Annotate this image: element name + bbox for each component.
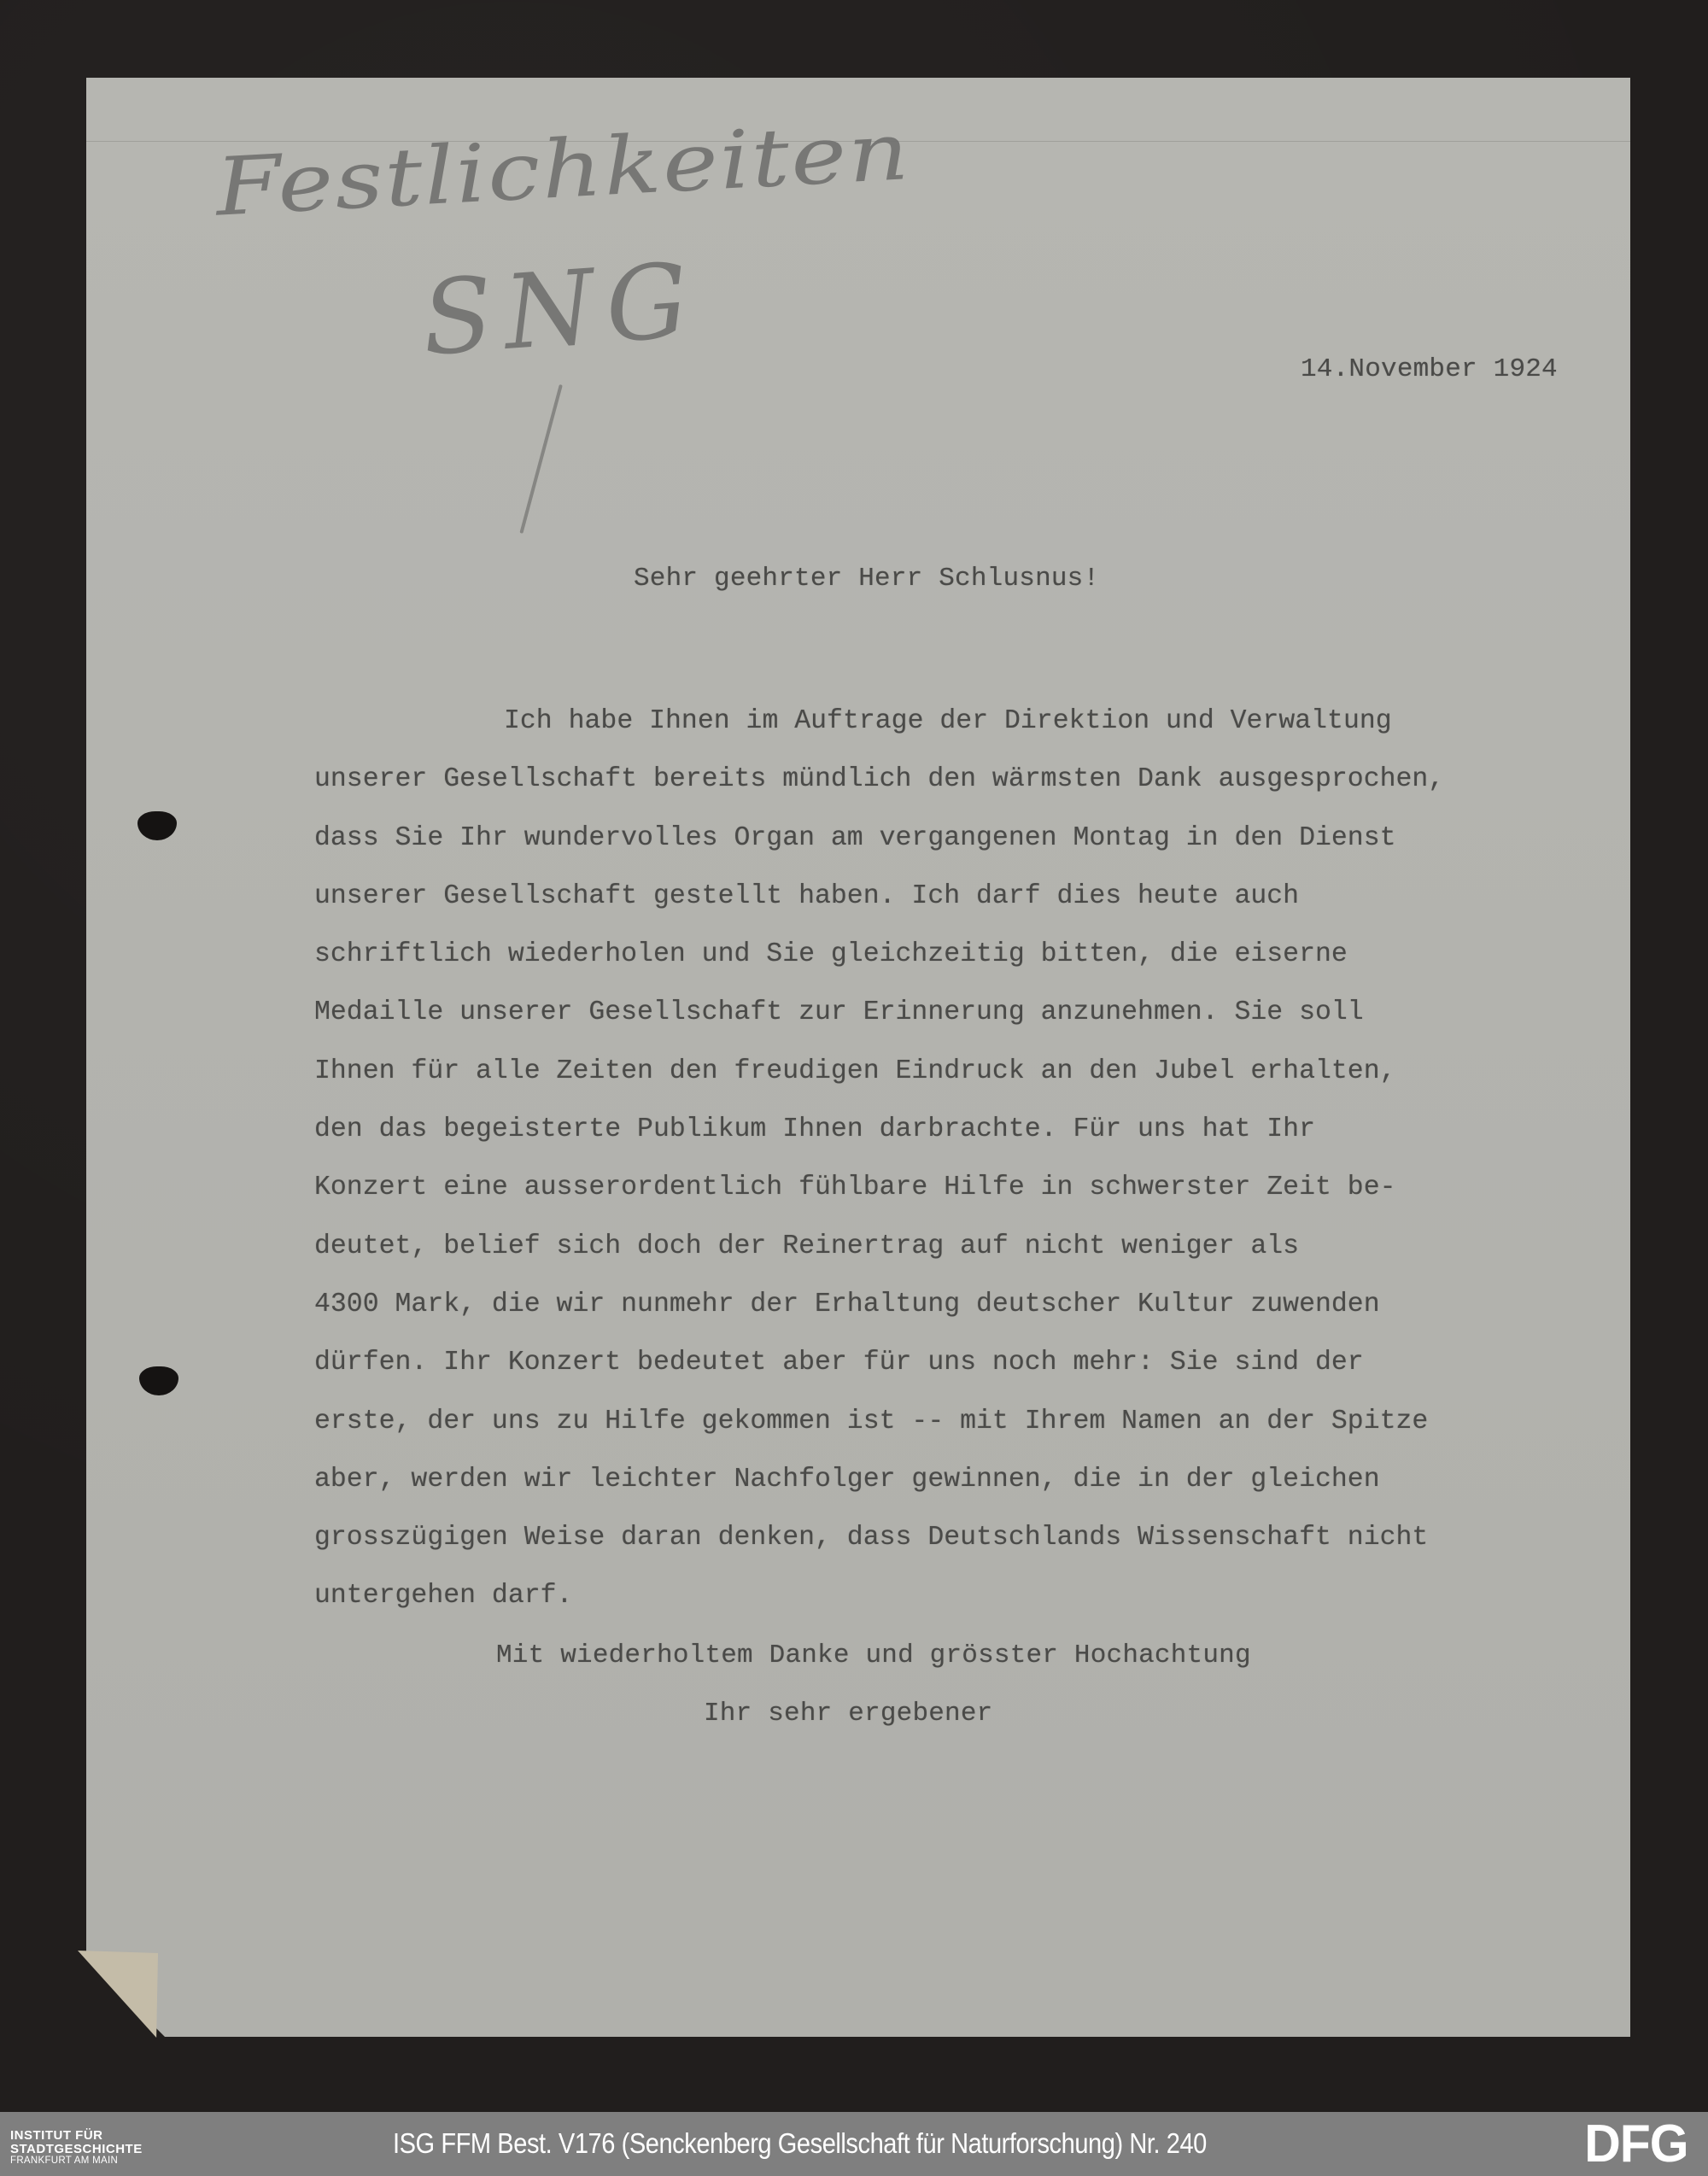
institute-logo-line2: STADTGESCHICHTE [10,2143,143,2156]
body-line: Ich habe Ihnen im Auftrage der Direktion… [314,705,1444,763]
body-line: Ihnen für alle Zeiten den freudigen Eind… [314,1055,1444,1113]
letter-signoff: Ihr sehr ergebener [704,1699,992,1729]
body-line: 4300 Mark, die wir nunmehr der Erhaltung… [314,1288,1444,1346]
body-line: deutet, belief sich doch der Reinertrag … [314,1230,1444,1288]
body-line: unserer Gesellschaft bereits mündlich de… [314,763,1444,821]
institute-logo-line3: FRANKFURT AM MAIN [10,2156,143,2167]
letter-closing: Mit wiederholtem Danke und grösster Hoch… [496,1641,1251,1670]
body-line: den das begeisterte Publikum Ihnen darbr… [314,1113,1444,1171]
archive-footer-bar: INSTITUT FÜR STADTGESCHICHTE FRANKFURT A… [0,2112,1708,2176]
body-line: aber, werden wir leichter Nachfolger gew… [314,1463,1444,1521]
letter-date: 14.November 1924 [1301,354,1558,384]
body-line: grosszügigen Weise daran denken, dass De… [314,1521,1444,1579]
body-line: dass Sie Ihr wundervolles Organ am verga… [314,822,1444,880]
institute-logo-line1: INSTITUT FÜR [10,2129,143,2142]
body-line: erste, der uns zu Hilfe gekommen ist -- … [314,1405,1444,1463]
body-line: untergehen darf. [314,1579,1444,1637]
body-line: Medaille unserer Gesellschaft zur Erinne… [314,996,1444,1054]
handwritten-annotation-abbrev: SNG [418,241,704,378]
body-line: schriftlich wiederholen und Sie gleichze… [314,938,1444,996]
body-line: dürfen. Ihr Konzert bedeutet aber für un… [314,1346,1444,1404]
institute-logo: INSTITUT FÜR STADTGESCHICHTE FRANKFURT A… [10,2129,143,2167]
archive-reference-caption: ISG FFM Best. V176 (Senckenberg Gesellsc… [393,2127,1207,2160]
letter-body: Ich habe Ihnen im Auftrage der Direktion… [314,705,1444,1638]
body-line: Konzert eine ausserordentlich fühlbare H… [314,1171,1444,1229]
letter-salutation: Sehr geehrter Herr Schlusnus! [634,564,1099,594]
dfg-logo: DFG [1584,2122,1688,2167]
body-line: unserer Gesellschaft gestellt haben. Ich… [314,880,1444,938]
